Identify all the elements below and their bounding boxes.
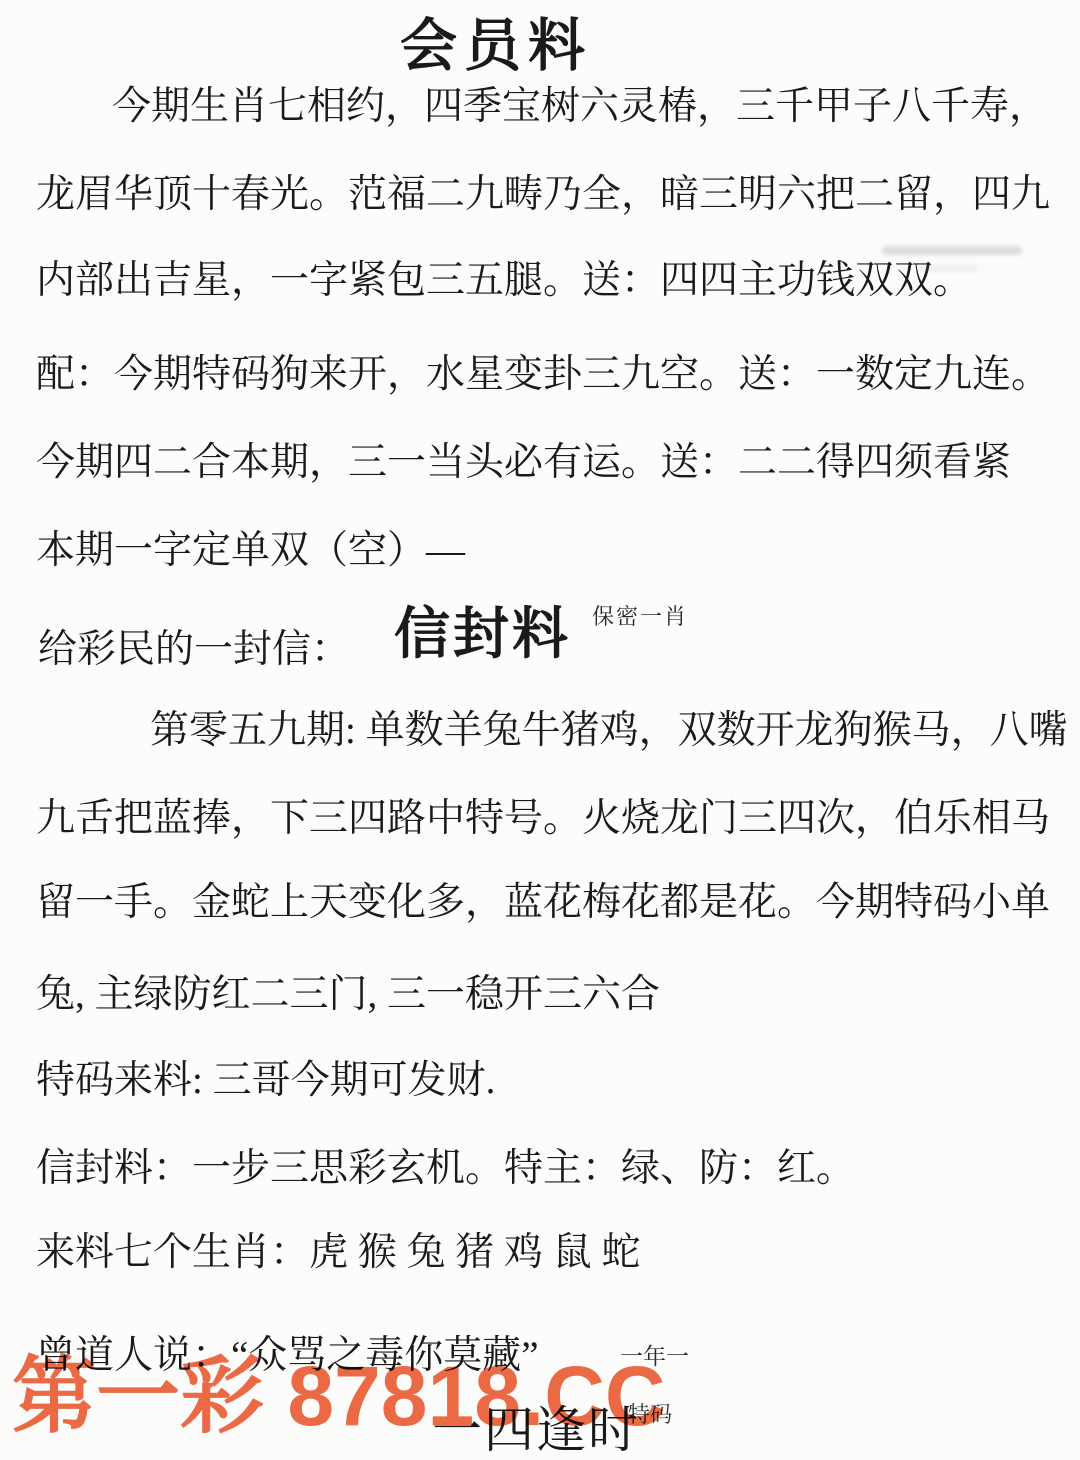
body-line: 今期生肖七相约，四季宝树六灵椿，三千甲子八千寿， (112, 84, 1048, 131)
body-line: 内部出吉星，一字紧包三五腿。送：四四主功钱双双。 (36, 258, 972, 305)
body-line: 兔, 主绿防红二三门, 三一稳开三六合 (36, 972, 660, 1019)
body-line: 本期一字定单双（空）— (36, 528, 465, 575)
body-line: 九舌把蓝捧，下三四路中特号。火烧龙门三四次，伯乐相马 (36, 796, 1050, 843)
print-smudge (918, 266, 978, 272)
body-line: 第零五九期: 单数羊兔牛猪鸡，双数开龙狗猴马，八嘴 (150, 708, 1068, 755)
body-line: 特码来料: 三哥今期可发财. (36, 1058, 495, 1105)
body-line: 来料七个生肖：虎 猴 兔 猪 鸡 鼠 蛇 (36, 1230, 641, 1277)
body-line: 信封料：一步三思彩玄机。特主：绿、防：红。 (36, 1146, 855, 1193)
document-page: 会员料 今期生肖七相约，四季宝树六灵椿，三千甲子八千寿， 龙眉华顶十春光。范福二… (0, 0, 1080, 1460)
body-line: 配：今期特码狗来开，水星变卦三九空。送：一数定九连。 (36, 352, 1050, 399)
body-line: 龙眉华顶十春光。范福二九畴乃全，暗三明六把二留，四九 (36, 172, 1050, 219)
body-line: 今期四二合本期，三一当头必有运。送：二二得四须看紧 (36, 440, 1011, 487)
envelope-heading: 信封料 (394, 590, 571, 670)
body-line: 留一手。金蛇上天变化多，蓝花梅花都是花。今期特码小单 (36, 880, 1050, 927)
envelope-secrecy-note: 保密一肖 (592, 600, 688, 631)
site-watermark: 第一彩 87818.CC (12, 1354, 666, 1438)
letter-intro-label: 给彩民的一封信： (38, 618, 350, 674)
page-title: 会员料 (400, 0, 592, 82)
print-smudge (882, 246, 1022, 255)
